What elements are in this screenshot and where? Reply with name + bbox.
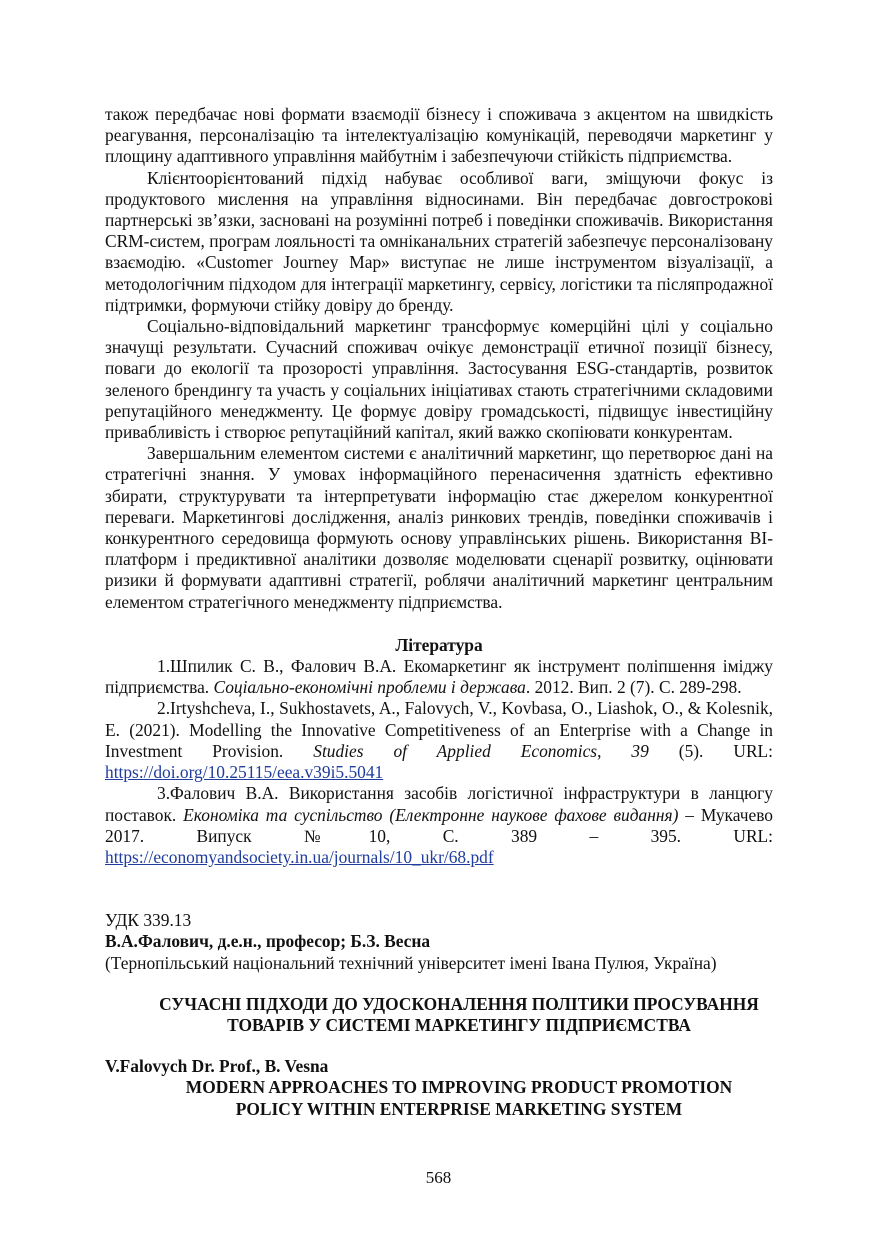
body-paragraph: також передбачає нові формати взаємодії …	[105, 104, 773, 168]
title-ua-line: ТОВАРІВ У СИСТЕМІ МАРКЕТИНГУ ПІДПРИЄМСТВ…	[145, 1015, 773, 1036]
reference-volume: 39	[631, 741, 648, 761]
reference-journal: Studies of Applied Economics	[313, 741, 597, 761]
page-content: також передбачає нові формати взаємодії …	[105, 104, 773, 1120]
reference-journal: Соціально-економічні проблеми і держава	[213, 677, 525, 697]
reference-item-3: 3.Фалович В.А. Використання засобів логі…	[105, 783, 773, 868]
reference-text: ,	[597, 741, 631, 761]
body-paragraph: Завершальним елементом системи є аналіти…	[105, 443, 773, 613]
reference-text: (5). URL:	[649, 741, 773, 761]
body-paragraph: Клієнтоорієнтований підхід набуває особл…	[105, 168, 773, 316]
reference-url-link[interactable]: https://doi.org/10.25115/eea.v39i5.5041	[105, 762, 383, 782]
title-ua-line: СУЧАСНІ ПІДХОДИ ДО УДОСКОНАЛЕННЯ ПОЛІТИК…	[145, 994, 773, 1015]
article-title-ua: СУЧАСНІ ПІДХОДИ ДО УДОСКОНАЛЕННЯ ПОЛІТИК…	[105, 994, 773, 1036]
references-title: Література	[105, 635, 773, 656]
reference-item-2: 2.Irtyshcheva, I., Sukhostavets, A., Fal…	[105, 698, 773, 783]
reference-journal: Економіка та суспільство (Електронне нау…	[183, 805, 678, 825]
reference-text: . 2012. Вип. 2 (7). С. 289-298.	[526, 677, 742, 697]
page-number: 568	[0, 1168, 877, 1188]
reference-url-link[interactable]: https://economyandsociety.in.ua/journals…	[105, 847, 494, 867]
authors-en: V.Falovych Dr. Prof., B. Vesna	[105, 1056, 773, 1077]
title-en-line: MODERN APPROACHES TO IMPROVING PRODUCT P…	[145, 1077, 773, 1098]
body-paragraph: Соціально-відповідальний маркетинг транс…	[105, 316, 773, 443]
udk-code: УДК 339.13	[105, 910, 773, 931]
article-title-en: MODERN APPROACHES TO IMPROVING PRODUCT P…	[105, 1077, 773, 1119]
title-en-line: POLICY WITHIN ENTERPRISE MARKETING SYSTE…	[145, 1099, 773, 1120]
reference-item-1: 1.Шпилик С. В., Фалович В.А. Екомаркетин…	[105, 656, 773, 698]
affiliation: (Тернопільський національний технічний у…	[105, 953, 773, 974]
authors-ua: В.А.Фалович, д.е.н., професор; Б.З. Весн…	[105, 931, 773, 952]
